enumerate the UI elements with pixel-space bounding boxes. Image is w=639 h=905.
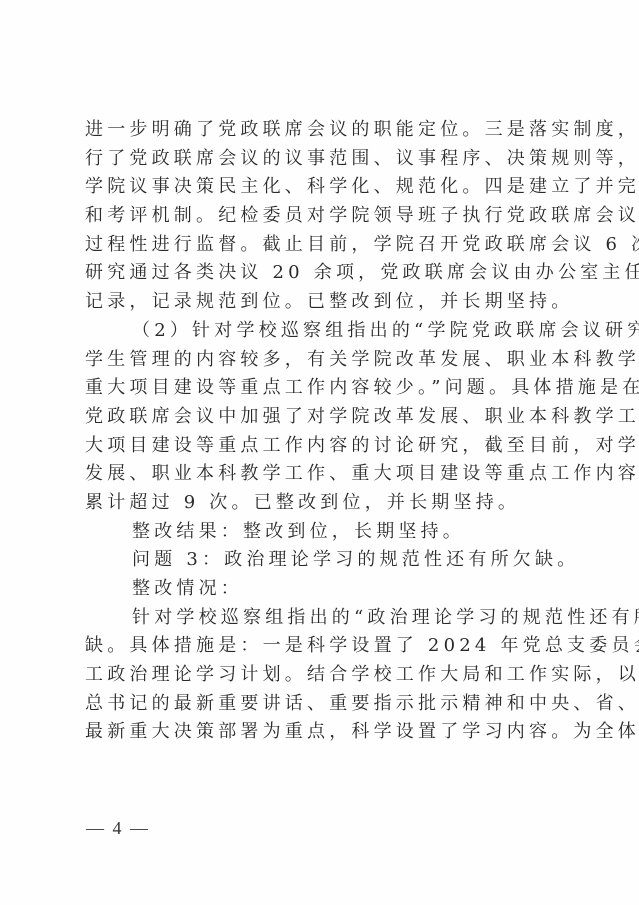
text-line: 过程性进行监督。截止目前，学院召开党政联席会议 6 次，讨论 <box>85 231 565 260</box>
text-line: 缺。具体措施是：一是科学设置了 2024 年党总支委员会和教职 <box>85 632 565 661</box>
text-line: 党政联席会议中加强了对学院改革发展、职业本科教学工作、重 <box>85 403 565 432</box>
page-number: — 4 — <box>86 818 150 839</box>
text-line: 问题 3：政治理论学习的规范性还有所欠缺。 <box>85 546 565 575</box>
text-line: 学院议事决策民主化、科学化、规范化。四是建立了并完善督查 <box>85 173 565 202</box>
text-line: 整改结果：整改到位，长期坚持。 <box>85 518 565 547</box>
text-line: 发展、职业本科教学工作、重大项目建设等重点工作内容的研究 <box>85 460 565 489</box>
text-line: （2）针对学校巡察组指出的“学院党政联席会议研究有关 <box>85 317 565 346</box>
text-line: 大项目建设等重点工作内容的讨论研究，截至目前，对学院改革 <box>85 432 565 461</box>
text-line: 最新重大决策部署为重点，科学设置了学习内容。为全体教职工 <box>85 718 565 747</box>
text-line: 学生管理的内容较多，有关学院改革发展、职业本科教学工作、 <box>85 346 565 375</box>
text-line: 行了党政联席会议的议事范围、议事程序、决策规则等，确保了 <box>85 145 565 174</box>
text-line: 整改情况： <box>85 575 565 604</box>
text-line: 总书记的最新重要讲话、重要指示批示精神和中央、省、市委的 <box>85 690 565 719</box>
text-line: 工政治理论学习计划。结合学校工作大局和工作实际，以习近平 <box>85 661 565 690</box>
text-line: 重大项目建设等重点工作内容较少。”问题。具体措施是在学院 <box>85 374 565 403</box>
text-line: 记录，记录规范到位。已整改到位，并长期坚持。 <box>85 288 565 317</box>
text-line: 研究通过各类决议 20 余项，党政联席会议由办公室主任王庆彦 <box>85 259 565 288</box>
text-line: 针对学校巡察组指出的“政治理论学习的规范性还有所欠 <box>85 604 565 633</box>
text-line: 累计超过 9 次。已整改到位，并长期坚持。 <box>85 489 565 518</box>
document-page: 进一步明确了党政联席会议的职能定位。三是落实制度，严格执行了党政联席会议的议事范… <box>0 0 639 905</box>
document-body: 进一步明确了党政联席会议的职能定位。三是落实制度，严格执行了党政联席会议的议事范… <box>85 116 565 747</box>
text-line: 和考评机制。纪检委员对学院领导班子执行党政联席会议制度的 <box>85 202 565 231</box>
text-line: 进一步明确了党政联席会议的职能定位。三是落实制度，严格执 <box>85 116 565 145</box>
